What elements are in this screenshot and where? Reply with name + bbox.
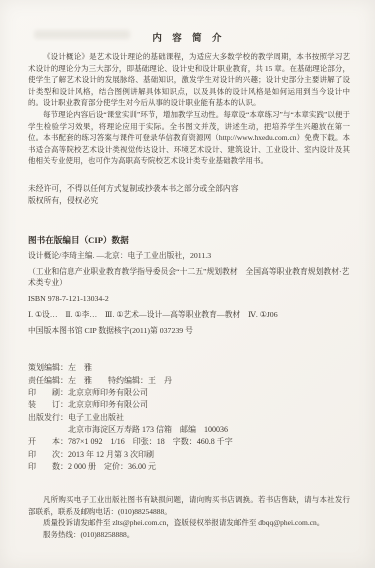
cip-isbn: ISBN 978-7-121-13034-2	[28, 294, 350, 305]
copyright-notice: 未经许可，不得以任何方式复制或抄袭本书之部分或全部内容 版权所有，侵权必究	[28, 183, 350, 207]
content-intro-paragraph-2: 每节理论内容后设“课堂实训”环节，增加教学互动性。每章设“本章练习”与“本章实践…	[28, 109, 350, 167]
cip-heading: 图书在版编目（CIP）数据	[28, 234, 350, 246]
cip-classification: Ⅰ. ①设… Ⅱ. ①李… Ⅲ. ①艺术—设计—高等职业教育—教材 Ⅳ. ①J0…	[28, 310, 350, 321]
pub-line-print-run-price: 印 数：2 000 册 定价：36.00 元	[28, 461, 350, 473]
pub-line-format: 开 本：787×1 092 1/16 印张：18 字数：460.8 千字	[28, 436, 350, 448]
cip-data-section: 图书在版编目（CIP）数据 设计概论/李琦主编. —北京：电子工业出版社，201…	[28, 234, 350, 337]
contact-exchange-notice: 凡所购买电子工业出版社图书有缺损问题，请向购买书店调换。若书店售缺，请与本社发行…	[28, 494, 350, 517]
copyright-notice-line-1: 未经许可，不得以任何方式复制或抄袭本书之部分或全部内容	[28, 183, 350, 195]
publication-info-section: 策划编辑：左 雅 责任编辑：左 雅 特约编辑：王 丹 印 刷：北京京师印务有限公…	[28, 362, 350, 473]
copyright-page: 内 容 简 介 《设计概论》是艺术设计理论的基础课程，为适应大多数学校的教学周期…	[0, 0, 375, 568]
copyright-notice-line-2: 版权所有，侵权必究	[28, 195, 350, 207]
publisher-contact-section: 凡所购买电子工业出版社图书有缺损问题，请向购买书店调换。若书店售缺，请与本社发行…	[28, 494, 350, 540]
pub-line-publisher-address: 北京市海淀区万寿路 173 信箱 邮编 100036	[28, 424, 350, 436]
contact-service-hotline: 服务热线：(010)88258888。	[28, 529, 350, 541]
pub-line-printer: 印 刷：北京京师印务有限公司	[28, 387, 350, 399]
cip-record-number: 中国版本图书馆 CIP 数据核字(2011)第 037239 号	[28, 326, 350, 337]
scan-artifact-smudge	[34, 30, 130, 39]
pub-line-binder: 装 订：北京京师印务有限公司	[28, 399, 350, 411]
contact-complaint-emails: 质量投诉请发邮件至 zlts@phei.com.cn，盗版侵权举报请发邮件至 d…	[28, 517, 350, 529]
cip-series-line: （工业和信息产业职业教育教学指导委员会“十二五”规划教材 全国高等职业教育规划教…	[28, 267, 350, 288]
pub-line-responsible-editor: 责任编辑：左 雅 特约编辑：王 丹	[28, 375, 350, 387]
content-intro-section: 内 容 简 介 《设计概论》是艺术设计理论的基础课程，为适应大多数学校的教学周期…	[28, 30, 350, 167]
cip-title-line: 设计概论/李琦主编. —北京：电子工业出版社，2011.3	[28, 251, 350, 262]
content-intro-paragraph-1: 《设计概论》是艺术设计理论的基础课程，为适应大多数学校的教学周期，本书按照学习艺…	[28, 51, 350, 109]
pub-line-planning-editor: 策划编辑：左 雅	[28, 362, 350, 374]
pub-line-impression: 印 次：2013 年 12 月第 3 次印刷	[28, 449, 350, 461]
pub-line-publisher: 出版发行：电子工业出版社	[28, 412, 350, 424]
